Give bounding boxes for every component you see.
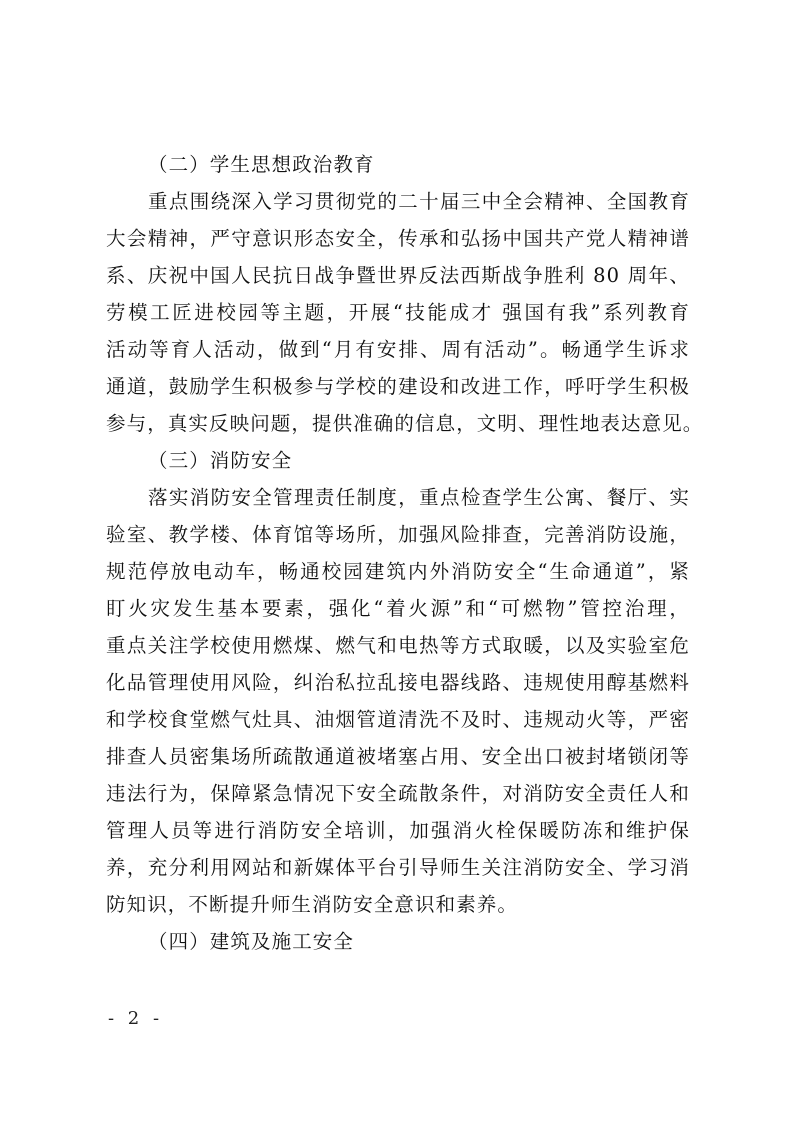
paragraph-line: 大会精神，严守意识形态安全，传承和弘扬中国共产党人精神谱 [106, 220, 690, 257]
paragraph-line: 验室、教学楼、体育馆等场所，加强风险排查，完善消防设施， [106, 516, 690, 553]
paragraph-line: 劳模工匠进校园等主题，开展“技能成才 强国有我”系列教育 [106, 294, 690, 331]
section-heading-3: （三）消防安全 [106, 442, 690, 479]
paragraph-line: 通道，鼓励学生积极参与学校的建设和改进工作，呼吁学生积极 [106, 368, 690, 405]
paragraph-line: 防知识，不断提升师生消防安全意识和素养。 [106, 886, 690, 923]
paragraph-line: 排查人员密集场所疏散通道被堵塞占用、安全出口被封堵锁闭等 [106, 738, 690, 775]
paragraph-line: 化品管理使用风险，纠治私拉乱接电器线路、违规使用醇基燃料 [106, 664, 690, 701]
page-number: - 2 - [108, 1008, 163, 1029]
paragraph-line: 活动等育人活动，做到“月有安排、周有活动”。畅通学生诉求 [106, 331, 690, 368]
paragraph-line: 重点围绕深入学习贯彻党的二十届三中全会精神、全国教育 [106, 183, 690, 220]
paragraph-line: 重点关注学校使用燃煤、燃气和电热等方式取暖，以及实验室危 [106, 627, 690, 664]
paragraph-line: 参与，真实反映问题，提供准确的信息，文明、理性地表达意见。 [106, 405, 690, 442]
document-page: （二）学生思想政治教育 重点围绕深入学习贯彻党的二十届三中全会精神、全国教育 大… [0, 0, 794, 1123]
paragraph-line: 盯火灾发生基本要素，强化“着火源”和“可燃物”管控治理， [106, 590, 690, 627]
paragraph-line: 落实消防安全管理责任制度，重点检查学生公寓、餐厅、实 [106, 479, 690, 516]
paragraph-line: 规范停放电动车，畅通校园建筑内外消防安全“生命通道”，紧 [106, 553, 690, 590]
section-heading-2: （二）学生思想政治教育 [106, 146, 690, 183]
paragraph-line: 管理人员等进行消防安全培训，加强消火栓保暖防冻和维护保 [106, 812, 690, 849]
paragraph-line: 和学校食堂燃气灶具、油烟管道清洗不及时、违规动火等，严密 [106, 701, 690, 738]
paragraph-line: 系、庆祝中国人民抗日战争暨世界反法西斯战争胜利 80 周年、 [106, 257, 690, 294]
paragraph-line: 养，充分利用网站和新媒体平台引导师生关注消防安全、学习消 [106, 849, 690, 886]
section-heading-4: （四）建筑及施工安全 [106, 923, 690, 960]
document-body: （二）学生思想政治教育 重点围绕深入学习贯彻党的二十届三中全会精神、全国教育 大… [106, 146, 690, 960]
paragraph-line: 违法行为，保障紧急情况下安全疏散条件，对消防安全责任人和 [106, 775, 690, 812]
